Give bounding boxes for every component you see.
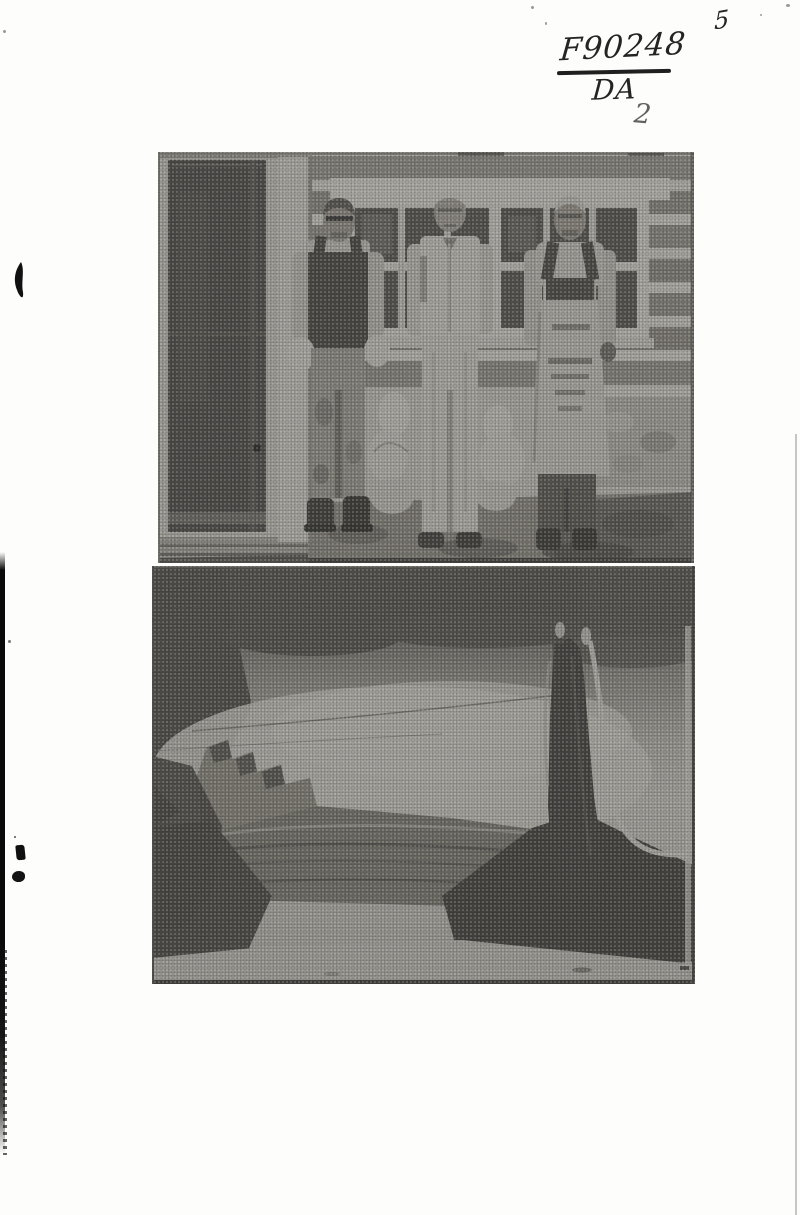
dust-speck	[3, 30, 6, 33]
photo-hewn-log-sled	[152, 566, 695, 984]
dust-speck	[760, 14, 762, 16]
left-edge-strip-speckle	[3, 950, 7, 1155]
dust-speck	[14, 836, 16, 838]
dust-speck	[531, 6, 534, 9]
photo-top-art	[158, 152, 694, 563]
dust-speck	[8, 640, 11, 643]
scanned-page: 5 F90248 DA 2	[0, 0, 800, 1215]
handwritten-reel-code: F90248	[559, 29, 688, 67]
handwritten-collection-code: DA	[591, 75, 638, 105]
photo-three-men-log-cabin	[158, 152, 694, 563]
ink-blob-artifact	[12, 262, 28, 302]
handwritten-item-number: 2	[633, 100, 653, 128]
dust-speck	[786, 4, 790, 7]
ink-mark-round	[12, 871, 25, 882]
dust-speck	[545, 22, 547, 25]
ink-mark-small	[15, 845, 26, 861]
handwritten-page-number: 5	[714, 6, 730, 33]
right-edge-scan-line	[795, 434, 797, 1215]
photo-bottom-art	[152, 566, 695, 984]
